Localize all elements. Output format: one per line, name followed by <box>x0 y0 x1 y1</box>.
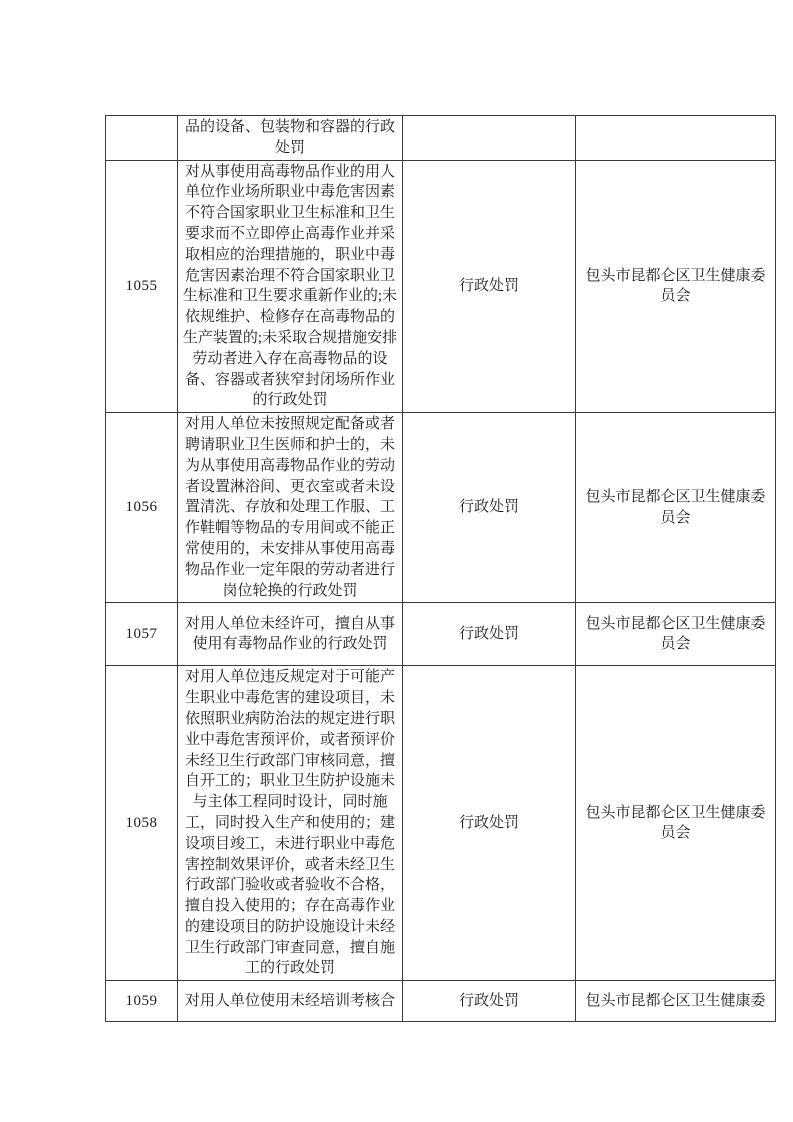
agency-cell: 包头市昆都仑区卫生健康委 <box>576 981 776 1022</box>
row-number-cell: 1058 <box>106 666 178 981</box>
row-number-cell: 1057 <box>106 603 178 666</box>
agency-cell: 包头市昆都仑区卫生健康委员会 <box>576 603 776 666</box>
row-number-cell: 1055 <box>106 160 178 413</box>
table-row: 品的设备、包装物和容器的行政处罚 <box>106 116 776 161</box>
description-cell: 对用人单位未按照规定配备或者聘请职业卫生医师和护士的，未为从事使用高毒物品作业的… <box>178 413 403 603</box>
description-cell: 对用人单位使用未经培训考核合 <box>178 981 403 1022</box>
description-cell: 对用人单位未经许可，擅自从事使用有毒物品作业的行政处罚 <box>178 603 403 666</box>
penalty-type-cell: 行政处罚 <box>403 603 576 666</box>
description-cell: 品的设备、包装物和容器的行政处罚 <box>178 116 403 161</box>
agency-cell: 包头市昆都仑区卫生健康委员会 <box>576 160 776 413</box>
table-row: 1059 对用人单位使用未经培训考核合 行政处罚 包头市昆都仑区卫生健康委 <box>106 981 776 1022</box>
penalty-table: 品的设备、包装物和容器的行政处罚 1055 对从事使用高毒物品作业的用人单位作业… <box>105 115 776 1022</box>
row-number-cell: 1059 <box>106 981 178 1022</box>
row-number-cell: 1056 <box>106 413 178 603</box>
penalty-type-cell: 行政处罚 <box>403 666 576 981</box>
table-row: 1058 对用人单位违反规定对于可能产生职业中毒危害的建设项目，未依照职业病防治… <box>106 666 776 981</box>
description-cell: 对从事使用高毒物品作业的用人单位作业场所职业中毒危害因素不符合国家职业卫生标准和… <box>178 160 403 413</box>
penalty-type-cell: 行政处罚 <box>403 413 576 603</box>
row-number-cell <box>106 116 178 161</box>
table-row: 1056 对用人单位未按照规定配备或者聘请职业卫生医师和护士的，未为从事使用高毒… <box>106 413 776 603</box>
agency-cell <box>576 116 776 161</box>
agency-cell: 包头市昆都仑区卫生健康委员会 <box>576 413 776 603</box>
agency-cell: 包头市昆都仑区卫生健康委员会 <box>576 666 776 981</box>
penalty-type-cell <box>403 116 576 161</box>
table-row: 1057 对用人单位未经许可，擅自从事使用有毒物品作业的行政处罚 行政处罚 包头… <box>106 603 776 666</box>
table-row: 1055 对从事使用高毒物品作业的用人单位作业场所职业中毒危害因素不符合国家职业… <box>106 160 776 413</box>
penalty-type-cell: 行政处罚 <box>403 981 576 1022</box>
document-page: 品的设备、包装物和容器的行政处罚 1055 对从事使用高毒物品作业的用人单位作业… <box>0 0 793 1122</box>
description-cell: 对用人单位违反规定对于可能产生职业中毒危害的建设项目，未依照职业病防治法的规定进… <box>178 666 403 981</box>
penalty-type-cell: 行政处罚 <box>403 160 576 413</box>
